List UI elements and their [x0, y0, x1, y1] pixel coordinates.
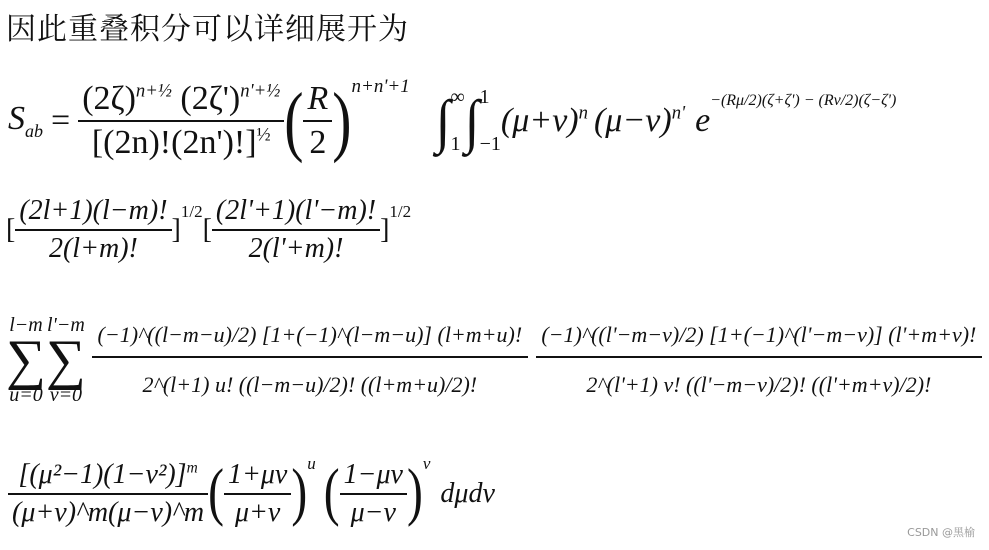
integral-symbol-2: ∫ [465, 91, 480, 150]
r-over-2-fraction: R 2 [303, 80, 332, 162]
integral-limits-2: 1−1 [480, 86, 501, 156]
term-u-fraction: (−1)^((l−m−u)/2) [1+(−1)^(l−m−u)] (l+m+u… [92, 310, 528, 410]
summation-u: l−m∑u=0 [6, 315, 46, 405]
equation-line-4: [(μ²−1)(1−ν²)]m(μ+ν)^m(μ−ν)^m ( 1+μνμ+ν … [8, 448, 495, 540]
watermark: CSDN @黑榆 [907, 524, 975, 540]
prefactor-fraction: (2ζ)n+½ (2ζ')n'+½ [(2n)!(2n')!]½ [78, 80, 284, 162]
normalization-fraction-2: (2l'+1)(l'−m)!2(l'+m)! [212, 195, 380, 265]
integrand-1: (μ+ν)n [501, 102, 588, 140]
heading-text: 因此重叠积分可以详细展开为 [6, 4, 409, 48]
lhs-symbol: Sab [8, 100, 43, 142]
equation-line-3: l−m∑u=0 l'−m∑v=0 (−1)^((l−m−u)/2) [1+(−1… [6, 284, 982, 436]
equation-line-1: Sab = (2ζ)n+½ (2ζ')n'+½ [(2n)!(2n')!]½ (… [8, 66, 896, 176]
ratio-fraction-v: 1−μνμ−ν [340, 459, 407, 529]
angular-fraction: [(μ²−1)(1−ν²)]m(μ+ν)^m(μ−ν)^m [8, 459, 208, 529]
ratio-fraction-u: 1+μνμ+ν [224, 459, 291, 529]
differential: dμdν [440, 478, 494, 510]
integrand-2: (μ−ν)n' [594, 102, 685, 140]
equals-sign: = [51, 102, 70, 140]
term-v-fraction: (−1)^((l'−m−v)/2) [1+(−1)^(l'−m−v)] (l'+… [536, 310, 982, 410]
r-exponent: n+n'+1 [352, 76, 410, 98]
integral-limits-1: ∞1 [451, 86, 465, 156]
integral-symbol-1: ∫ [436, 91, 451, 150]
exponential-base: e−(Rμ/2)(ζ+ζ') − (Rν/2)(ζ−ζ') [695, 102, 896, 140]
summation-v: l'−m∑v=0 [46, 315, 86, 405]
equation-line-2: [ (2l+1)(l−m)!2(l+m)! ]1/2 [ (2l'+1)(l'−… [6, 188, 411, 272]
normalization-fraction-1: (2l+1)(l−m)!2(l+m)! [15, 195, 171, 265]
